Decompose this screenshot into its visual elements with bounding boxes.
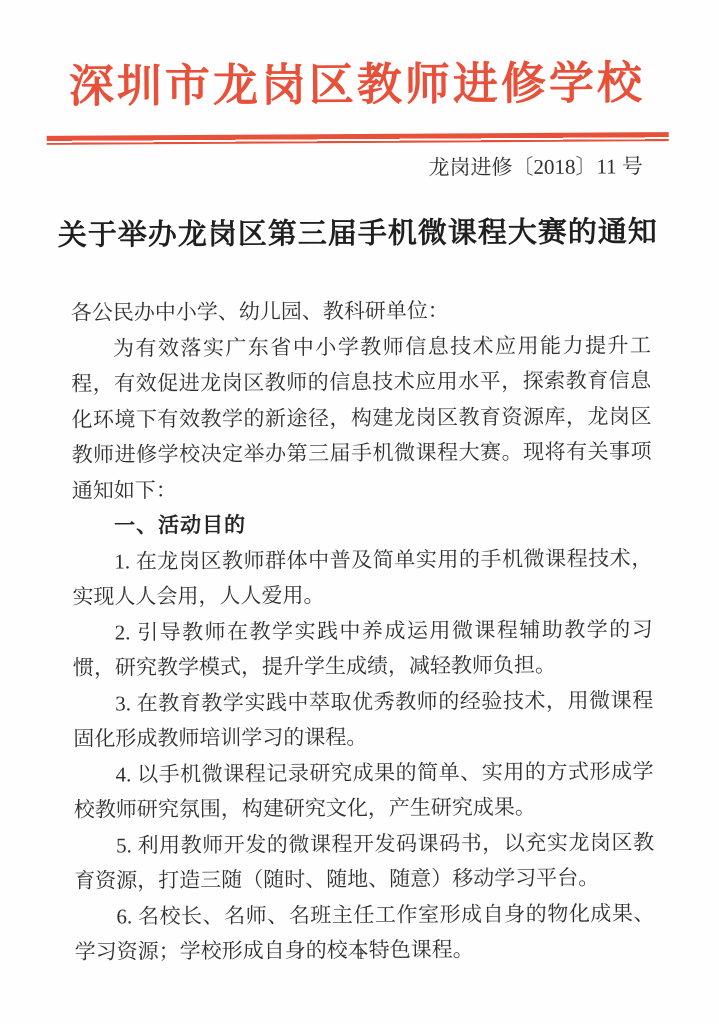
letterhead-title: 深圳市龙岗区教师进修学校 (0, 56, 717, 114)
notice-item: 2. 引导教师在教学实践中养成运用微课程辅助教学的习惯，研究教学模式，提升学生成… (73, 612, 653, 687)
notice-item: 5. 利用教师开发的微课程开发码课码书，以充实龙岗区教育资源，打造三随（随时、随… (74, 825, 654, 900)
document-number: 龙岗进修〔2018〕11 号 (0, 154, 643, 183)
notice-item: 1. 在龙岗区教师群体中普及简单实用的手机微课程技术，实现人人会用，人人爱用。 (72, 541, 652, 616)
document-sheet: 深圳市龙岗区教师进修学校 龙岗进修〔2018〕11 号 关于举办龙岗区第三届手机… (0, 0, 719, 1024)
notice-item: 4. 以手机微课程记录研究成果的简单、实用的方式形成学校教师研究氛围，构建研究文… (73, 754, 653, 829)
red-separator-line (47, 132, 669, 145)
scanned-document-page: 深圳市龙岗区教师进修学校 龙岗进修〔2018〕11 号 关于举办龙岗区第三届手机… (0, 0, 719, 1024)
notice-title: 关于举办龙岗区第三届手机微课程大赛的通知 (28, 213, 687, 255)
salutation: 各公民办中小学、幼儿园、教科研单位： (71, 292, 651, 331)
notice-item: 3. 在教育教学实践中萃取优秀教师的经验技术，用微课程固化形成教师培训学习的课程… (73, 683, 653, 758)
intro-paragraph: 为有效落实广东省中小学教师信息技术应用能力提升工程，有效促进龙岗区教师的信息技术… (71, 328, 652, 509)
notice-body: 各公民办中小学、幼儿园、教科研单位： 为有效落实广东省中小学教师信息技术应用能力… (71, 292, 655, 970)
section-heading-purpose: 一、活动目的 (72, 505, 652, 544)
